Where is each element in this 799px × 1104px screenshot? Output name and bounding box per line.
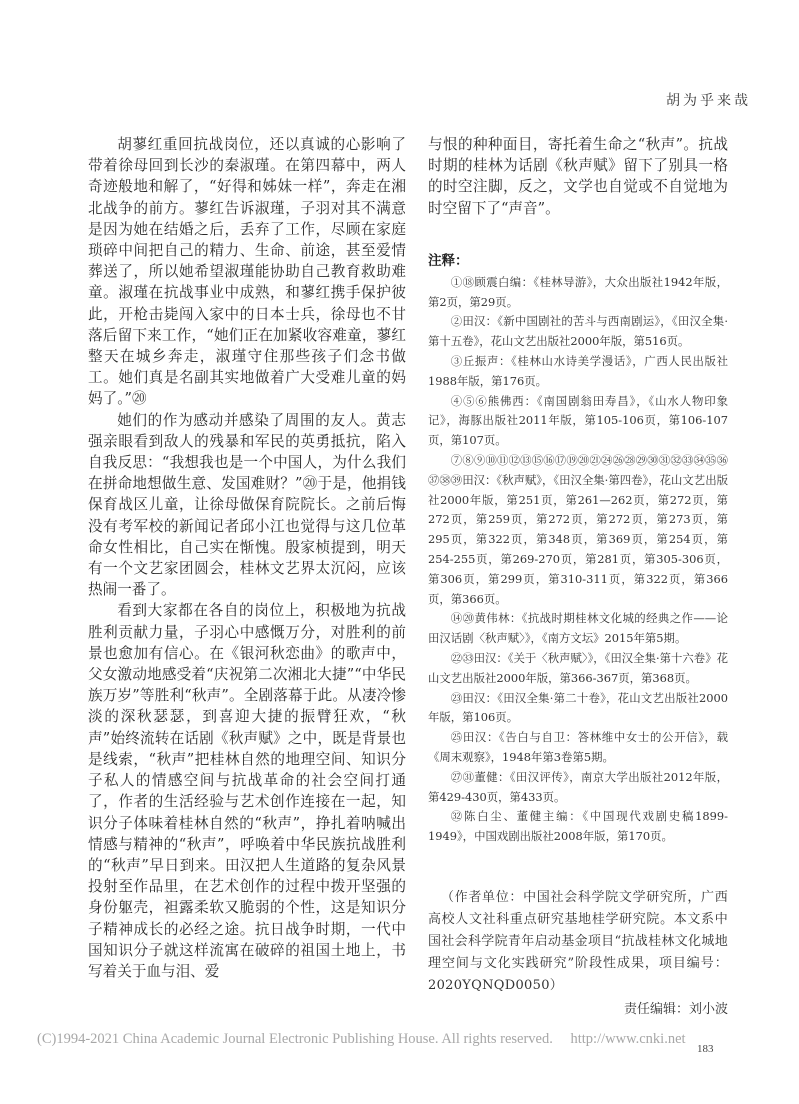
author-affiliation: （作者单位：中国社会科学院文学研究所，广西高校人文社科重点研究基地桂学研究院。本… bbox=[428, 887, 728, 997]
page-number: 183 bbox=[697, 1043, 714, 1055]
copyright-text: (C)1994-2021 China Academic Journal Elec… bbox=[37, 1031, 553, 1047]
running-header-title: 胡为乎来哉 bbox=[666, 90, 751, 110]
note-item: ①⑱顾震白编：《桂林导游》，大众出版社1942年版，第2页，第29页。 bbox=[428, 273, 728, 313]
note-item: ③丘振声：《桂林山水诗美学漫话》，广西人民出版社1988年版，第176页。 bbox=[428, 352, 728, 392]
notes-list: ①⑱顾震白编：《桂林导游》，大众出版社1942年版，第2页，第29页。 ②田汉：… bbox=[428, 273, 728, 847]
body-paragraph: 看到大家都在各自的岗位上，积极地为抗战胜利贡献力量，子羽心中感慨万分，对胜利的前… bbox=[88, 600, 406, 982]
note-item: ④⑤⑥熊佛西：《南国剧翁田寿昌》，《山水人物印象记》，海豚出版社2011年版，第… bbox=[428, 392, 728, 451]
notes-heading: 注释： bbox=[428, 249, 728, 269]
note-item: ㉒㉝田汉：《关于〈秋声赋〉》，《田汉全集·第十六卷》花山文艺出版社2000年版，… bbox=[428, 649, 728, 689]
note-item: ⑦⑧⑨⑩⑪⑫⑬⑮⑯⑰⑲⑳㉑㉔㉖㉘㉙㉚㉛㉜㉝㉞㉟㊱㊲㊳㊴田汉：《秋声赋》，《田汉全… bbox=[428, 451, 728, 609]
right-column: 与恨的种种面目，寄托着生命之“秋声”。抗战时期的桂林为话剧《秋声赋》留下了别具一… bbox=[428, 134, 728, 1021]
responsible-editor: 责任编辑：刘小波 bbox=[428, 999, 728, 1021]
body-paragraph-continuation: 与恨的种种面目，寄托着生命之“秋声”。抗战时期的桂林为话剧《秋声赋》留下了别具一… bbox=[428, 134, 728, 219]
body-paragraph: 胡蓼红重回抗战岗位，还以真诚的心影响了带着徐母回到长沙的秦淑瑾。在第四幕中，两人… bbox=[88, 134, 406, 410]
note-item: ②田汉：《新中国剧社的苦斗与西南剧运》，《田汉全集·第十五卷》，花山文艺出版社2… bbox=[428, 312, 728, 352]
footer-url-link[interactable]: http://www.cnki.net bbox=[571, 1031, 686, 1047]
note-item: ⑭⑳黄伟林：《抗战时期桂林文化城的经典之作——论田汉话剧〈秋声赋〉》，《南方文坛… bbox=[428, 609, 728, 649]
body-paragraph: 她们的作为感动并感染了周围的友人。黄志强亲眼看到敌人的残暴和军民的英勇抵抗，陷入… bbox=[88, 410, 406, 601]
note-item: ㉜陈白尘、董健主编：《中国现代戏剧史稿1899-1949》，中国戏剧出版社200… bbox=[428, 807, 728, 847]
note-item: ㉕田汉：《告白与自卫：答林维中女士的公开信》，载《周末观察》，1948年第3卷第… bbox=[428, 728, 728, 768]
note-item: ㉗㉛董健：《田汉评传》，南京大学出版社2012年版，第429-430页，第433… bbox=[428, 768, 728, 808]
left-column: 胡蓼红重回抗战岗位，还以真诚的心影响了带着徐母回到长沙的秦淑瑾。在第四幕中，两人… bbox=[88, 134, 406, 982]
copyright-footer: (C)1994-2021 China Academic Journal Elec… bbox=[37, 1031, 686, 1048]
note-item: ㉓田汉：《田汉全集·第二十卷》，花山文艺出版社2000年版，第106页。 bbox=[428, 689, 728, 729]
